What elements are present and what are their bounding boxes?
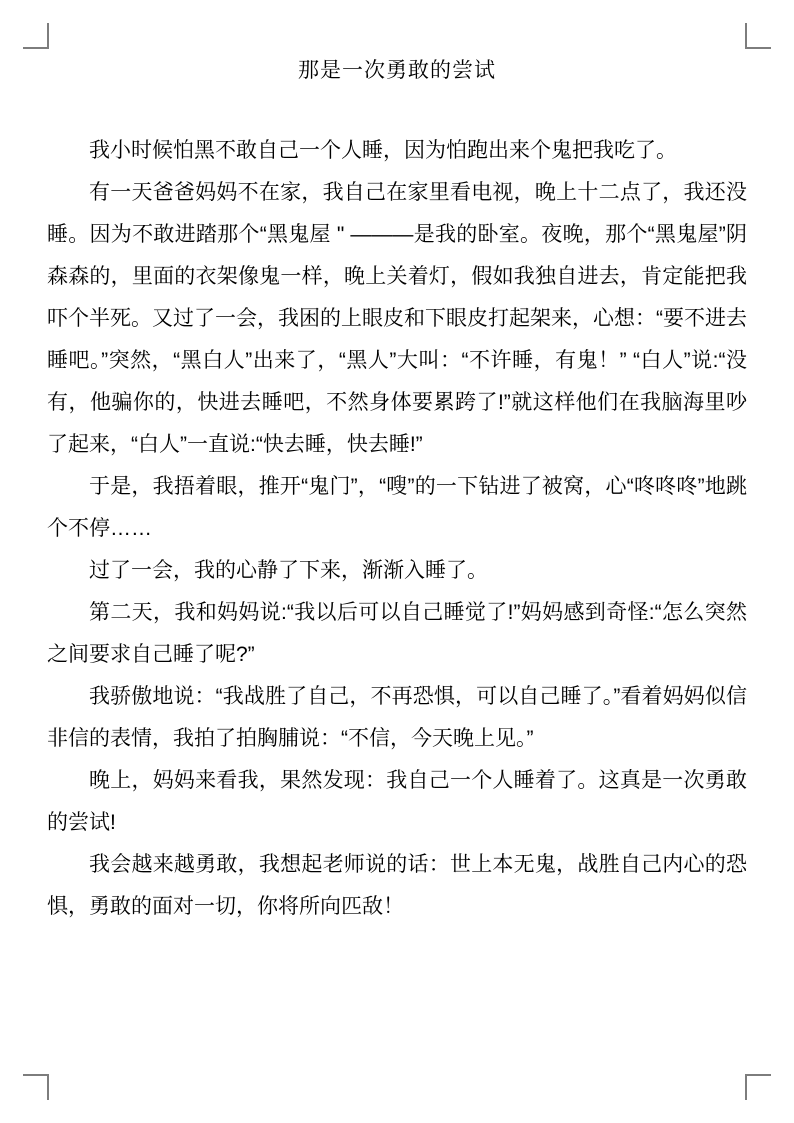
essay-paragraph: 于是，我捂着眼，推开“鬼门”，“嗖”的一下钻进了被窝，心“咚咚咚”地跳个不停…… [47,466,747,550]
essay-paragraph: 我小时候怕黑不敢自己一个人睡，因为怕跑出来个鬼把我吃了。 [47,130,747,172]
essay-paragraph: 有一天爸爸妈妈不在家，我自己在家里看电视，晚上十二点了，我还没睡。因为不敢进踏那… [47,172,747,466]
crop-mark-top-left [23,23,49,49]
document-page: 那是一次勇敢的尝试 我小时候怕黑不敢自己一个人睡，因为怕跑出来个鬼把我吃了。有一… [0,0,794,1123]
crop-mark-bottom-left [23,1074,49,1100]
essay-paragraph: 第二天，我和妈妈说:“我以后可以自己睡觉了!”妈妈感到奇怪:“怎么突然之间要求自… [47,592,747,676]
essay-paragraph: 晚上，妈妈来看我，果然发现：我自己一个人睡着了。这真是一次勇敢的尝试! [47,760,747,844]
essay-paragraph: 我骄傲地说：“我战胜了自己，不再恐惧，可以自己睡了。”看着妈妈似信非信的表情，我… [47,676,747,760]
crop-mark-top-right [745,23,771,49]
essay-body: 我小时候怕黑不敢自己一个人睡，因为怕跑出来个鬼把我吃了。有一天爸爸妈妈不在家，我… [47,130,747,928]
document-title: 那是一次勇敢的尝试 [47,54,747,84]
essay-paragraph: 我会越来越勇敢，我想起老师说的话：世上本无鬼，战胜自己内心的恐惧，勇敢的面对一切… [47,844,747,928]
crop-mark-bottom-right [745,1074,771,1100]
essay-paragraph: 过了一会，我的心静了下来，渐渐入睡了。 [47,550,747,592]
